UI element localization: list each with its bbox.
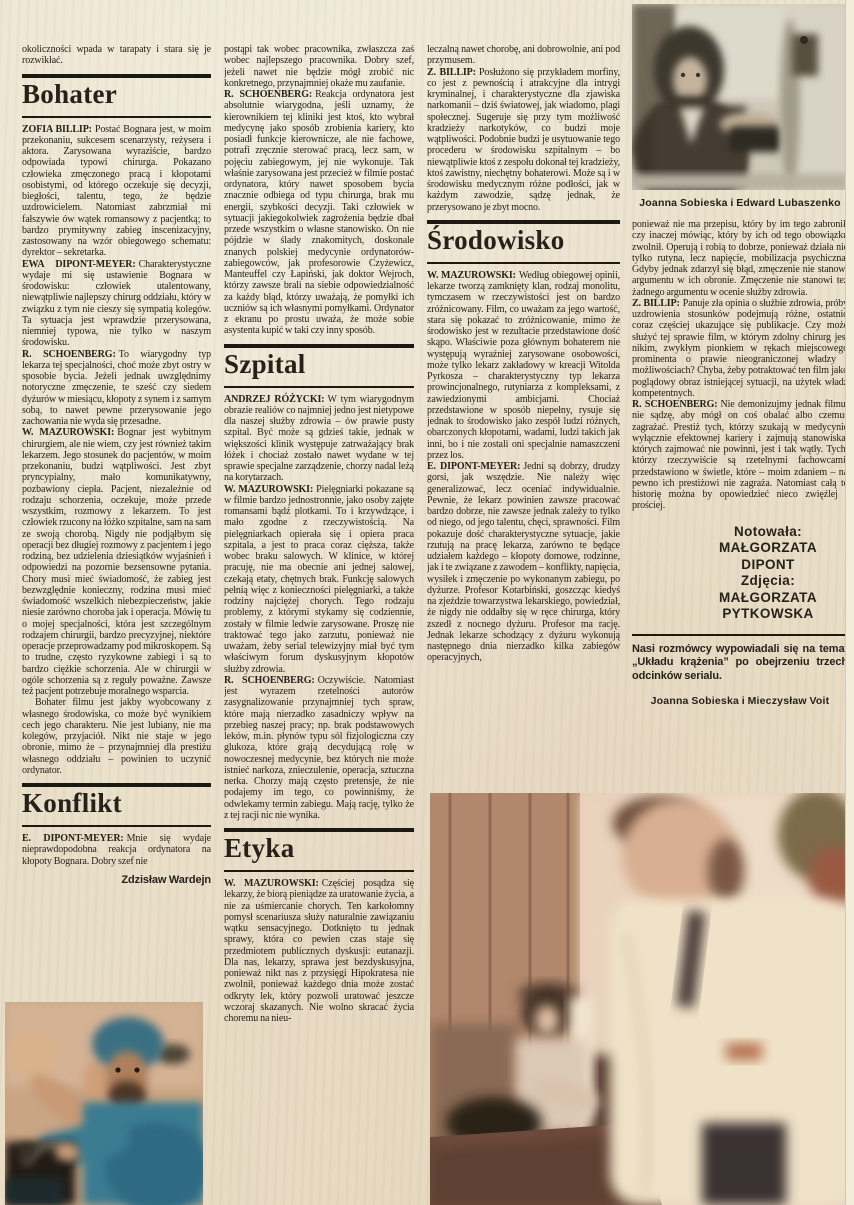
continuation-paragraph: postąpi tak wobec pracownika, zwłaszcza … bbox=[224, 44, 414, 89]
speech-text: Częściej posądza się lekarzy, że biorą p… bbox=[224, 878, 414, 1024]
column-4: Joanna Sobieska i Edward Lubaszenko poni… bbox=[632, 4, 848, 792]
byline-line: MAŁGORZATA bbox=[688, 540, 848, 557]
caption-bottom-right: Joanna Sobieska i Mieczysław Voit bbox=[632, 695, 848, 707]
continuation-paragraph: leczalną nawet chorobę, ani dobrowolnie,… bbox=[427, 44, 620, 67]
byline-line: Zdjęcia: bbox=[688, 573, 848, 590]
speaker-name: R. SCHOENBERG: bbox=[632, 399, 721, 410]
byline-line: MAŁGORZATA bbox=[688, 590, 848, 607]
speaker-name: W. MAZUROWSKI: bbox=[427, 270, 519, 281]
speech-mazurowski: W. MAZUROWSKI:Pielęgniarki pokazane są w… bbox=[224, 484, 414, 675]
speaker-name: W. MAZUROWSKI: bbox=[224, 878, 322, 889]
speaker-name: Z. BILLIP: bbox=[632, 298, 683, 309]
continuation-paragraph: okoliczności wpada w tarapaty i stara si… bbox=[22, 44, 211, 67]
column-1: okoliczności wpada w tarapaty i stara si… bbox=[22, 44, 211, 994]
speaker-name: ANDRZEJ RÓŻYCKI: bbox=[224, 394, 328, 405]
speech-billip: Z. BILLIP:Posłużono się przykładem morfi… bbox=[427, 67, 620, 213]
speaker-name: ZOFIA BILLIP: bbox=[22, 124, 95, 135]
caption-top-right: Joanna Sobieska i Edward Lubaszenko bbox=[632, 197, 848, 209]
heading-text: Szpital bbox=[224, 350, 414, 378]
continuation-paragraph: ponieważ nie ma przepisu, który by im te… bbox=[632, 219, 848, 298]
magazine-page: okoliczności wpada w tarapaty i stara si… bbox=[0, 0, 854, 1205]
heading-text: Etyka bbox=[224, 834, 414, 862]
column-2: postąpi tak wobec pracownika, zwłaszcza … bbox=[224, 44, 414, 1169]
speech-ewa-dipont-meyer: EWA DIPONT-MEYER:Charakterystyczne wydaj… bbox=[22, 259, 211, 349]
heading-text: Bohater bbox=[22, 80, 211, 108]
speaker-name: W. MAZUROWSKI: bbox=[224, 484, 316, 495]
page-edge bbox=[845, 0, 854, 1205]
speech-dipont-meyer: E. DIPONT-MEYER:Mnie się wydaje nieprawd… bbox=[22, 833, 211, 867]
section-heading-konflikt: Konflikt bbox=[22, 783, 211, 827]
speech-text: Według obiegowej opinii, lekarze tworzą … bbox=[427, 270, 620, 461]
speaker-name: W. MAZUROWSKI: bbox=[22, 427, 117, 438]
speaker-name: Z. BILLIP: bbox=[427, 67, 479, 78]
speech-zofia-billip: ZOFIA BILLIP:Postać Bognara jest, w moim… bbox=[22, 124, 211, 259]
section-heading-etyka: Etyka bbox=[224, 828, 414, 872]
speech-text: Reakcja ordynatora jest absolutnie wiary… bbox=[224, 89, 414, 336]
speech-text: W tym wiarygodnym obrazie realiów co naj… bbox=[224, 394, 414, 484]
byline-line: PYTKOWSKA bbox=[688, 606, 848, 623]
speech-mazurowski: W. MAZUROWSKI:Częściej posądza się lekar… bbox=[224, 878, 414, 1024]
heading-text: Środowisko bbox=[427, 226, 620, 254]
photo-top-right bbox=[632, 4, 848, 190]
speaker-name: E. DIPONT-MEYER: bbox=[22, 833, 127, 844]
speech-text: Pielęgniarki pokazane są w filmie bardzo… bbox=[224, 484, 414, 675]
column-3: leczalną nawet chorobę, ani dobrowolnie,… bbox=[427, 44, 620, 790]
speaker-name: R. SCHOENBERG: bbox=[224, 675, 318, 686]
speech-dipont-meyer: E. DIPONT-MEYER:Jedni są dobrzy, drudzy … bbox=[427, 461, 620, 664]
speech-text: Panuje zła opinia o służbie zdrowia, pró… bbox=[632, 298, 848, 399]
section-heading-szpital: Szpital bbox=[224, 344, 414, 388]
byline: Notowała: MAŁGORZATA DIPONT Zdjęcia: MAŁ… bbox=[688, 524, 848, 623]
editor-note: Nasi rozmówcy wypowiadali się na temat „… bbox=[632, 634, 848, 684]
speaker-name: R. SCHOENBERG: bbox=[22, 349, 119, 360]
speech-mazurowski: W. MAZUROWSKI:Bognar jest wybitnym chiru… bbox=[22, 427, 211, 697]
speech-mazurowski-continued: Bohater filmu jest jakby wyobcowany z wł… bbox=[22, 697, 211, 776]
speech-text: Nie demonizujmy jednak filmu, nie sądzę,… bbox=[632, 399, 848, 511]
speech-text: To wiarygodny typ lekarza tej specjalnoś… bbox=[22, 349, 211, 428]
speech-rozycki: ANDRZEJ RÓŻYCKI:W tym wiarygodnym obrazi… bbox=[224, 394, 414, 484]
speech-text: Posłużono się przykładem morfiny, co jes… bbox=[427, 67, 620, 213]
speech-mazurowski: W. MAZUROWSKI:Według obiegowej opinii, l… bbox=[427, 270, 620, 461]
speaker-name: E. DIPONT-MEYER: bbox=[427, 461, 523, 472]
speech-text: Charakterystyczne wydaje mi się ustawien… bbox=[22, 259, 211, 349]
speech-schoenberg: R. SCHOENBERG:Oczywiście. Natomiast jest… bbox=[224, 675, 414, 821]
speech-text: Bognar jest wybitnym chirurgiem, ale nie… bbox=[22, 427, 211, 697]
section-heading-srodowisko: Środowisko bbox=[427, 220, 620, 264]
speech-schoenberg: R. SCHOENBERG:Reakcja ordynatora jest ab… bbox=[224, 89, 414, 337]
byline-line: DIPONT bbox=[688, 557, 848, 574]
speech-schoenberg: R. SCHOENBERG:To wiarygodny typ lekarza … bbox=[22, 349, 211, 428]
speech-text: Oczywiście. Natomiast jest wyrazem rzete… bbox=[224, 675, 414, 821]
byline-line: Notowała: bbox=[688, 524, 848, 541]
speaker-name: EWA DIPONT-MEYER: bbox=[22, 259, 139, 270]
speech-text: Postać Bognara jest, w moim przekonaniu,… bbox=[22, 124, 211, 259]
photo-credit-wardejn: Zdzisław Wardejn bbox=[22, 875, 211, 886]
section-heading-bohater: Bohater bbox=[22, 74, 211, 118]
speech-schoenberg: R. SCHOENBERG:Nie demonizujmy jednak fil… bbox=[632, 399, 848, 512]
speaker-name: R. SCHOENBERG: bbox=[224, 89, 315, 100]
speech-billip: Z. BILLIP:Panuje zła opinia o służbie zd… bbox=[632, 298, 848, 399]
photo-bottom-right bbox=[430, 793, 850, 1205]
heading-text: Konflikt bbox=[22, 789, 211, 817]
photo-bottom-left bbox=[5, 1002, 203, 1205]
speech-text: Jedni są dobrzy, drudzy gorsi, jak wszęd… bbox=[427, 461, 620, 663]
